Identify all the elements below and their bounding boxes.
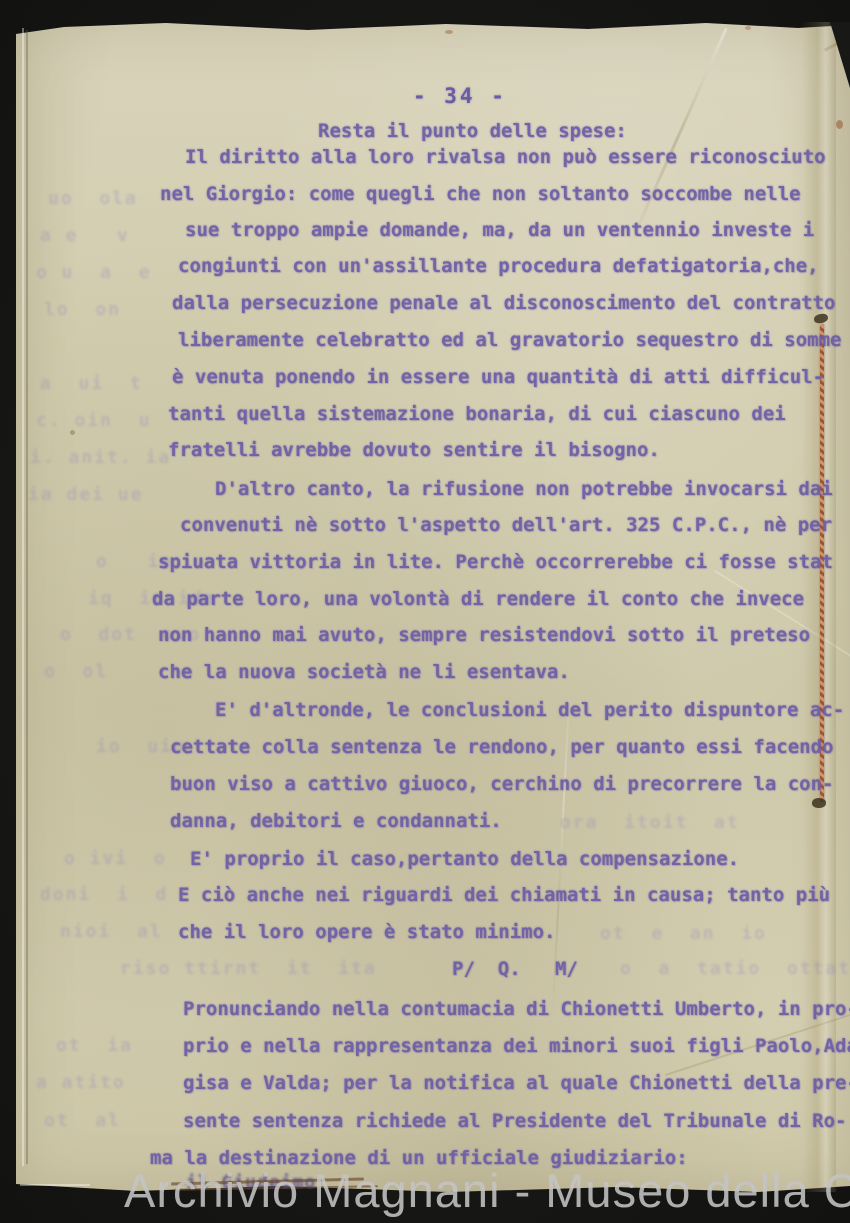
- paper-speck: [445, 30, 453, 34]
- text-line: danna, debitori e condannati.: [170, 810, 502, 832]
- text-line: Pronunciando nella contumacia di Chionet…: [183, 998, 850, 1020]
- archive-watermark: Archivio Magnani - Museo della Carta: [124, 1163, 850, 1218]
- text-line: D'altro canto, la rifusione non potrebbe…: [215, 478, 833, 500]
- text-line: convenuti nè sotto l'aspetto dell'art. 3…: [180, 514, 832, 536]
- text-line: sente sentenza richiede al Presidente de…: [183, 1110, 846, 1132]
- text-line: Il diritto alla loro rivalsa non può ess…: [185, 146, 826, 168]
- text-line: spiuata vittoria in lite. Perchè occorre…: [158, 551, 833, 573]
- ghost-text: ot ia: [56, 1035, 133, 1056]
- ghost-text: o u a e: [36, 262, 152, 283]
- ghost-text: ot al: [44, 1110, 121, 1131]
- text-line: gisa e Valda; per la notifica al quale C…: [183, 1072, 850, 1094]
- text-line: prio e nella rappresentanza dei minori s…: [183, 1035, 850, 1057]
- text-line: congiunti con un'assillante procedura de…: [178, 255, 819, 277]
- ghost-text: nioi al: [60, 921, 163, 942]
- ghost-text: ora itoit at: [560, 812, 740, 833]
- ghost-text: a e v: [40, 225, 130, 246]
- ghost-text: a atito: [36, 1072, 126, 1093]
- text-line: fratelli avrebbe dovuto sentire il bisog…: [168, 439, 660, 461]
- sheet-edge-left-light: [22, 28, 24, 1166]
- ghost-text: c. oin u: [36, 410, 152, 431]
- ghost-text: o ol: [44, 661, 108, 682]
- text-line: da parte loro, una volontà di rendere il…: [152, 588, 804, 610]
- text-line: P/ Q. M/: [452, 958, 578, 980]
- text-line: cettate colla sentenza le rendono, per q…: [170, 736, 833, 758]
- text-line: tanti quella sistemazione bonaria, di cu…: [168, 403, 786, 425]
- ghost-text: a ui t: [40, 373, 143, 394]
- ghost-text: uo ola: [48, 188, 138, 209]
- text-line: E' proprio il caso,pertanto della compen…: [190, 848, 739, 870]
- ghost-text: riso ttirnt it ita: [120, 958, 377, 979]
- rust-speck: [836, 120, 843, 129]
- sheet-edge-left-dark: [26, 30, 28, 1164]
- ghost-text: ot e an io: [600, 923, 767, 944]
- text-line: E' d'altronde, le conclusioni del perito…: [215, 699, 844, 721]
- ghost-text: lo on: [44, 299, 121, 320]
- text-line: E ciò anche nei riguardi dei chiamati in…: [178, 884, 830, 906]
- text-line: sue troppo ampie domande, ma, da un vent…: [185, 219, 814, 241]
- text-line: Resta il punto delle spese:: [318, 120, 627, 142]
- paper-speck: [745, 26, 751, 30]
- text-line: è venuta ponendo in essere una quantità …: [172, 366, 824, 388]
- text-line: nel Giorgio: come quegli che non soltant…: [160, 183, 801, 205]
- ghost-text: o ivi o: [64, 848, 167, 869]
- sheet-edge-bottom: [20, 1184, 90, 1186]
- ghost-text: o a tatio ottat: [620, 958, 850, 979]
- text-line: buon viso a cattivo giuoco, cerchino di …: [170, 773, 833, 795]
- text-line: non hanno mai avuto, sempre resistendovi…: [158, 624, 810, 646]
- text-line: dalla persecuzione penale al disconoscim…: [172, 292, 835, 314]
- text-line: che il loro opere è stato minimo.: [178, 921, 556, 943]
- ghost-text: doni i d: [40, 884, 168, 905]
- scan-background: - 34 - uo olaa e vo u a elo ona ui tc. o…: [0, 0, 850, 1223]
- ghost-text: i. anit. ia: [30, 447, 171, 468]
- page-number: - 34 -: [413, 84, 507, 108]
- text-line: liberamente celebratto ed al gravatorio …: [178, 329, 841, 351]
- text-line: che la nuova società ne li esentava.: [158, 661, 570, 683]
- ghost-text: ia dei ue: [28, 484, 144, 505]
